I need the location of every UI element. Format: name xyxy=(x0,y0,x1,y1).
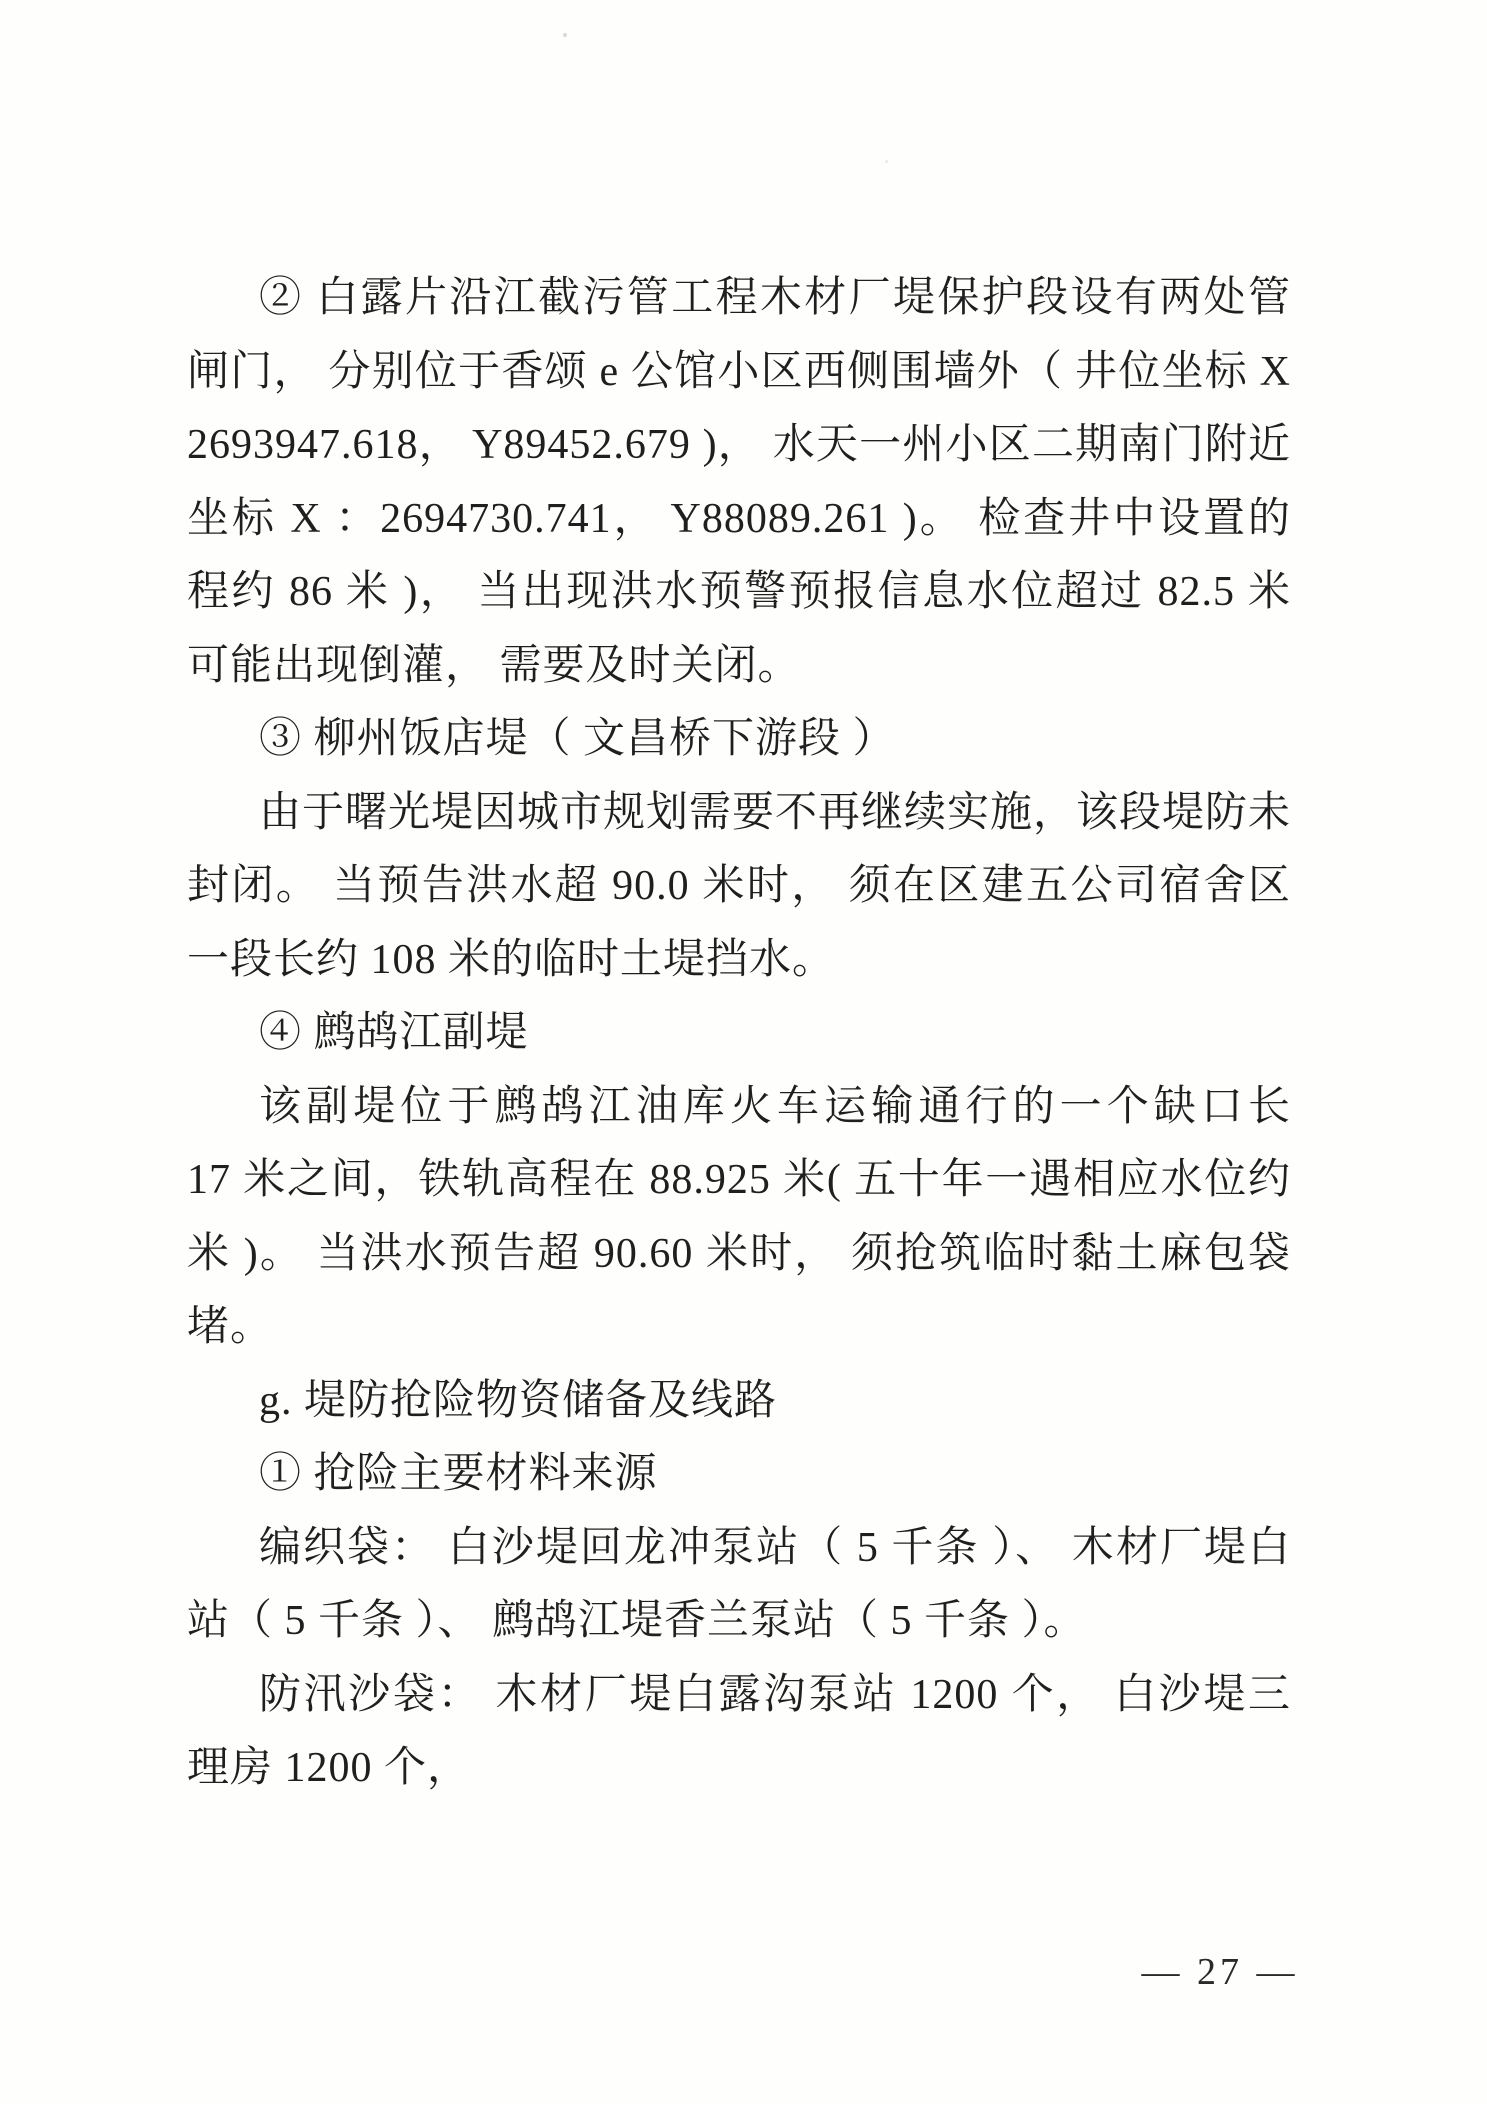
line-06: 可能出现倒灌， 需要及时关闭。 xyxy=(187,630,1291,704)
line-16-section-g-heading: g. 堤防抢险物资储备及线路 xyxy=(187,1365,1291,1439)
line-02: 闸门， 分别位于香颂 e 公馆小区西侧围墙外（ 井位坐标 X ： xyxy=(187,336,1291,410)
line-01-item2-heading: ② 白露片沿江截污管工程木材厂堤保护段设有两处管道 xyxy=(187,262,1291,336)
line-14: 米 )。 当洪水预告超 90.60 米时， 须抢筑临时黏土麻包袋进行封 xyxy=(187,1218,1291,1292)
scan-speck xyxy=(563,33,567,37)
body-text-block: ② 白露片沿江截污管工程木材厂堤保护段设有两处管道 闸门， 分别位于香颂 e 公… xyxy=(187,262,1291,1806)
page-number: — 27 — xyxy=(1090,1942,1350,2002)
line-03-coordinates: 2693947.618， Y89452.679 )， 水天一州小区二期南门附近（… xyxy=(187,409,1291,483)
line-07-item3-heading: ③ 柳州饭店堤（ 文昌桥下游段 ） xyxy=(187,703,1291,777)
scan-speck xyxy=(885,160,888,163)
line-08: 由于曙光堤因城市规划需要不再继续实施，该段堤防未形成 xyxy=(187,777,1291,851)
line-13: 17 米之间，铁轨高程在 88.925 米( 五十年一遇相应水位约 89.80 xyxy=(187,1144,1291,1218)
line-11-item4-heading: ④ 鹧鸪江副堤 xyxy=(187,997,1291,1071)
line-09: 封闭。 当预告洪水超 90.0 米时， 须在区建五公司宿舍区内抢筑 xyxy=(187,850,1291,924)
line-05: 程约 86 米 )， 当出现洪水预警预报信息水位超过 82.5 米水位时， xyxy=(187,556,1291,630)
line-18: 编织袋： 白沙堤回龙冲泵站（ 5 千条 ）、 木材厂堤白露沟泵 xyxy=(187,1512,1291,1586)
line-15: 堵。 xyxy=(187,1291,1291,1365)
line-17-item1-heading: ① 抢险主要材料来源 xyxy=(187,1438,1291,1512)
line-20: 防汛沙袋： 木材厂堤白露沟泵站 1200 个， 白沙堤三桥西管 xyxy=(187,1659,1291,1733)
line-19: 站（ 5 千条 ）、 鹧鸪江堤香兰泵站（ 5 千条 ）。 xyxy=(187,1585,1291,1659)
line-10: 一段长约 108 米的临时土堤挡水。 xyxy=(187,924,1291,998)
line-04-coordinates: 坐标 X ：2694730.741， Y88089.261 )。 检查井中设置的… xyxy=(187,483,1291,557)
line-21: 理房 1200 个， xyxy=(187,1732,1291,1806)
line-12: 该副堤位于鹧鸪江油库火车运输通行的一个缺口长 16.4 - xyxy=(187,1071,1291,1145)
document-page: ② 白露片沿江截污管工程木材厂堤保护段设有两处管道 闸门， 分别位于香颂 e 公… xyxy=(0,0,1487,2104)
